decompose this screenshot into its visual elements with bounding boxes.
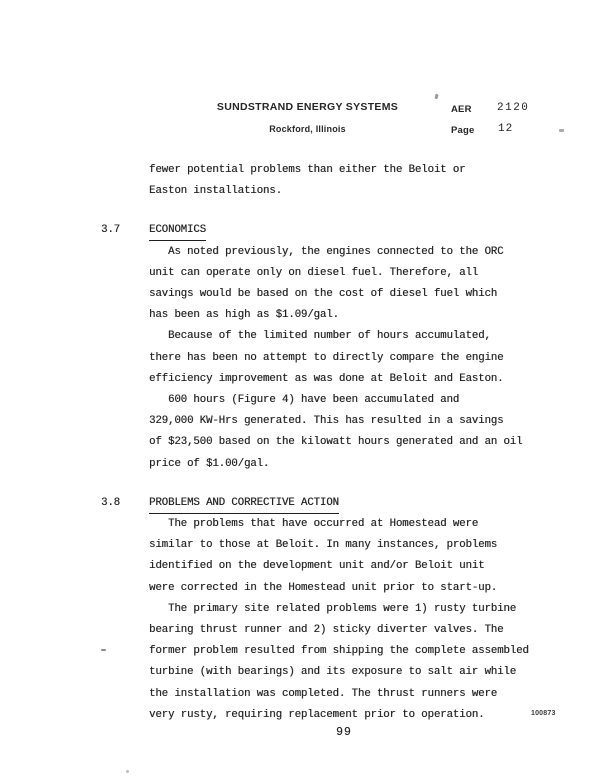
text-line: the installation was completed. The thru…: [149, 684, 571, 705]
text-line: Because of the limited number of hours a…: [149, 326, 571, 347]
text-line: The problems that have occurred at Homes…: [149, 514, 571, 535]
text-line: of $23,500 based on the kilowatt hours g…: [149, 432, 571, 453]
text-line: very rusty, requiring replacement prior …: [149, 705, 571, 726]
paragraph: The problems that have occurred at Homes…: [149, 514, 571, 599]
scan-speck: [126, 770, 129, 773]
text-line: similar to those at Beloit. In many inst…: [149, 535, 571, 556]
page-label: Page: [451, 125, 475, 136]
text-line: were corrected in the Homestead unit pri…: [149, 578, 571, 599]
footer-page-number: 99: [336, 726, 352, 739]
text-line: As noted previously, the engines connect…: [149, 242, 571, 263]
doc-number-value: 2120: [497, 102, 529, 114]
text-line: turbine (with bearings) and its exposure…: [149, 662, 571, 683]
section-title: ECONOMICS: [149, 220, 206, 241]
company-name: SUNDSTRAND ENERGY SYSTEMS: [180, 101, 435, 113]
scan-speck: [101, 649, 106, 651]
paragraph: fewer potential problems than either the…: [149, 160, 571, 202]
section-heading: 3.8PROBLEMS AND CORRECTIVE ACTION: [101, 493, 571, 514]
section-number: 3.7: [101, 220, 149, 241]
text-line: The primary site related problems were 1…: [149, 599, 571, 620]
document-body: fewer potential problems than either the…: [101, 160, 571, 726]
text-line: former problem resulted from shipping th…: [149, 641, 571, 662]
company-location: Rockford, Illinois: [180, 124, 435, 134]
paragraph: 600 hours (Figure 4) have been accumulat…: [149, 390, 571, 475]
doc-number-label: AER: [451, 104, 472, 115]
stamp-number: 100873: [531, 710, 556, 717]
text-line: unit can operate only on diesel fuel. Th…: [149, 263, 571, 284]
text-line: 329,000 KW-Hrs generated. This has resul…: [149, 411, 571, 432]
page-number-value: 12: [498, 123, 513, 135]
text-line: Easton installations.: [149, 181, 571, 202]
text-line: savings would be based on the cost of di…: [149, 284, 571, 305]
section-heading: 3.7ECONOMICS: [101, 220, 571, 241]
document-page: SUNDSTRAND ENERGY SYSTEMS Rockford, Illi…: [0, 0, 612, 780]
paragraph: As noted previously, the engines connect…: [149, 242, 571, 327]
text-line: price of $1.00/gal.: [149, 454, 571, 475]
scan-speck: [559, 129, 564, 132]
text-line: identified on the development unit and/o…: [149, 556, 571, 577]
section-number: 3.8: [101, 493, 149, 514]
text-line: bearing thrust runner and 2) sticky dive…: [149, 620, 571, 641]
text-line: there has been no attempt to directly co…: [149, 348, 571, 369]
text-line: has been as high as $1.09/gal.: [149, 305, 571, 326]
text-line: 600 hours (Figure 4) have been accumulat…: [149, 390, 571, 411]
paragraph: Because of the limited number of hours a…: [149, 326, 571, 390]
paragraph: The primary site related problems were 1…: [149, 599, 571, 726]
text-line: fewer potential problems than either the…: [149, 160, 571, 181]
text-line: efficiency improvement as was done at Be…: [149, 369, 571, 390]
scan-speck: [434, 94, 438, 100]
section-title: PROBLEMS AND CORRECTIVE ACTION: [149, 493, 339, 514]
